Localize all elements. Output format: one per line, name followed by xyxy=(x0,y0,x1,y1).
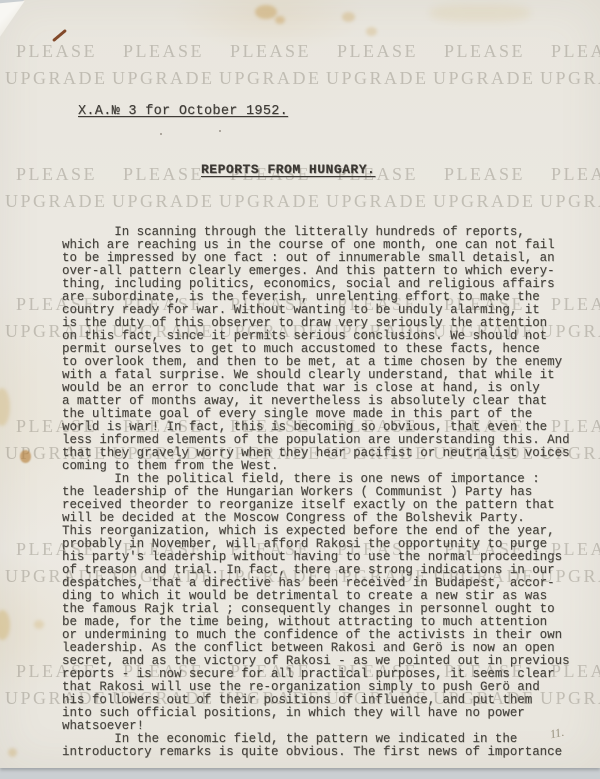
paper-stain xyxy=(255,5,277,19)
watermark-word: PLEASE xyxy=(16,40,123,62)
document-title: REPORTS FROM HUNGARY. xyxy=(201,162,375,177)
watermark-word: UPGRADE xyxy=(540,67,600,89)
page-number: 11. xyxy=(549,725,566,743)
scan-background: { "document": { "header": "X.A.№ 3 for O… xyxy=(0,0,600,779)
paper-stain xyxy=(0,388,10,426)
paper-stain xyxy=(8,748,17,757)
ink-speck xyxy=(160,133,162,135)
pen-mark xyxy=(52,29,67,42)
watermark-word: UPGRADE xyxy=(326,190,433,212)
paper-stain xyxy=(34,620,44,629)
paper-stain xyxy=(366,27,377,36)
watermark-word: UPGRADE xyxy=(219,67,326,89)
watermark-word: UPGRADE xyxy=(112,190,219,212)
document-header: X.A.№ 3 for October 1952. xyxy=(78,104,288,119)
paper-stain xyxy=(20,450,31,463)
watermark-word: UPGRADE xyxy=(5,190,112,212)
ink-speck xyxy=(219,130,221,132)
paper-stain xyxy=(0,610,10,640)
watermark-word: PLEASE xyxy=(551,163,600,185)
watermark-word: UPGRADE xyxy=(112,67,219,89)
paper-stain xyxy=(430,4,530,22)
watermark-word: PLEASE xyxy=(123,40,230,62)
watermark-word: UPGRADE xyxy=(219,190,326,212)
paper-stain xyxy=(342,12,355,22)
paper-stain xyxy=(275,16,285,24)
text-line: introductory remarks is quite obvious. T… xyxy=(62,746,570,759)
watermark-word: UPGRADE xyxy=(433,190,540,212)
scanned-page: PLEASEPLEASEPLEASEPLEASEPLEASEPLEASEUPGR… xyxy=(0,0,600,768)
watermark-word: UPGRADE xyxy=(5,67,112,89)
body-text: In scanning through the litterally hundr… xyxy=(62,226,570,759)
watermark-word: PLEASE xyxy=(444,40,551,62)
watermark-word: PLEASE xyxy=(337,40,444,62)
watermark-word: PLEASE xyxy=(551,40,600,62)
watermark-word: PLEASE xyxy=(16,163,123,185)
watermark-word: PLEASE xyxy=(444,163,551,185)
watermark-word: PLEASE xyxy=(230,40,337,62)
watermark-word: UPGRADE xyxy=(433,67,540,89)
watermark-word: UPGRADE xyxy=(540,190,600,212)
watermark-word: UPGRADE xyxy=(326,67,433,89)
